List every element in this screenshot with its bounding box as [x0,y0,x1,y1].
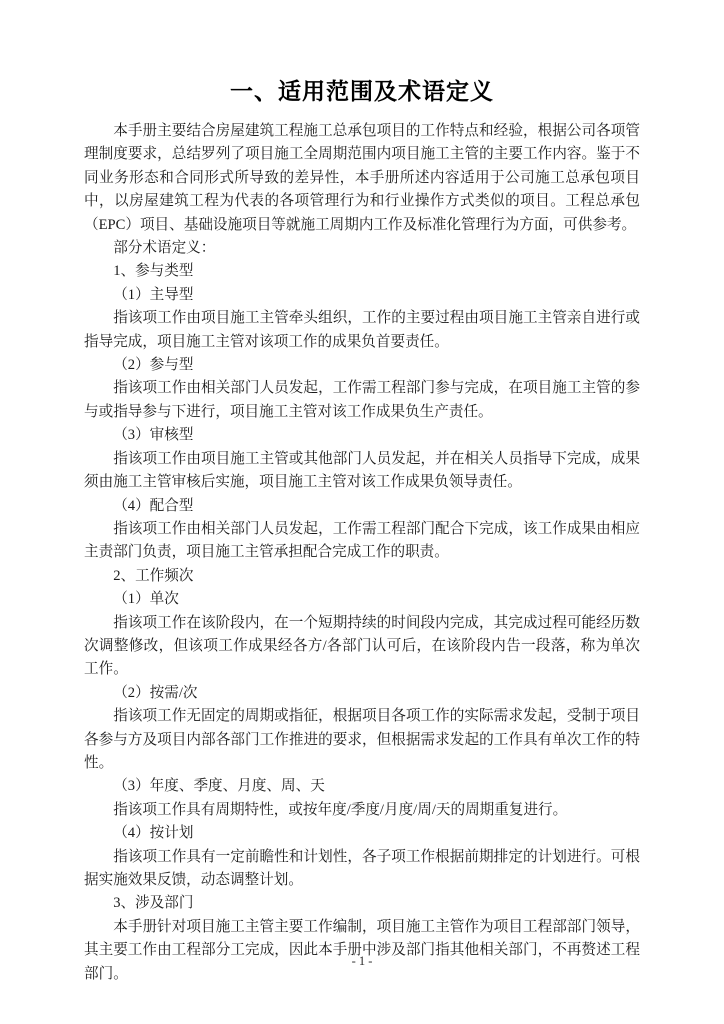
heading-participating-type: （2）参与型 [84,354,640,377]
heading-participation-types: 1、参与类型 [84,260,640,283]
page-title: 一、适用范围及术语定义 [0,0,724,107]
document-page: 一、适用范围及术语定义 本手册主要结合房屋建筑工程施工总承包项目的工作特点和经验… [0,0,724,1024]
cooperation-type-description: 指该项工作由相关部门人员发起，工作需工程部门配合下完成，该工作成果由相应主责部门… [84,518,640,565]
heading-leading-type: （1）主导型 [84,284,640,307]
heading-single-time: （1）单次 [84,588,640,611]
single-time-description: 指该项工作在该阶段内，在一个短期持续的时间段内完成，其完成过程可能经历数次调整修… [84,612,640,682]
intro-paragraph: 本手册主要结合房屋建筑工程施工总承包项目的工作特点和经验，根据公司各项管理制度要… [84,120,640,237]
document-body: 本手册主要结合房屋建筑工程施工总承包项目的工作特点和经验，根据公司各项管理制度要… [84,120,640,986]
heading-departments-involved: 3、涉及部门 [84,892,640,915]
heading-cooperation-type: （4）配合型 [84,495,640,518]
participating-type-description: 指该项工作由相关部门人员发起，工作需工程部门参与完成，在项目施工主管的参与或指导… [84,377,640,424]
terms-definition-intro: 部分术语定义： [84,237,640,260]
heading-planned: （4）按计划 [84,822,640,845]
departments-involved-description: 本手册针对项目施工主管主要工作编制，项目施工主管作为项目工程部部门领导，其主要工… [84,916,640,986]
periodic-description: 指该项工作具有周期特性，或按年度/季度/月度/周/天的周期重复进行。 [84,799,640,822]
leading-type-description: 指该项工作由项目施工主管牵头组织，工作的主要过程由项目施工主管亲自进行或指导完成… [84,307,640,354]
planned-description: 指该项工作具有一定前瞻性和计划性，各子项工作根据前期排定的计划进行。可根据实施效… [84,846,640,893]
review-type-description: 指该项工作由项目施工主管或其他部门人员发起，并在相关人员指导下完成，成果须由施工… [84,448,640,495]
heading-review-type: （3）审核型 [84,424,640,447]
heading-work-frequency: 2、工作频次 [84,565,640,588]
page-footer: - 1 - [0,954,724,969]
on-demand-description: 指该项工作无固定的周期或指征，根据项目各项工作的实际需求发起，受制于项目各参与方… [84,705,640,775]
page-number: - 1 - [352,954,373,968]
heading-on-demand: （2）按需/次 [84,682,640,705]
heading-periodic: （3）年度、季度、月度、周、天 [84,775,640,798]
